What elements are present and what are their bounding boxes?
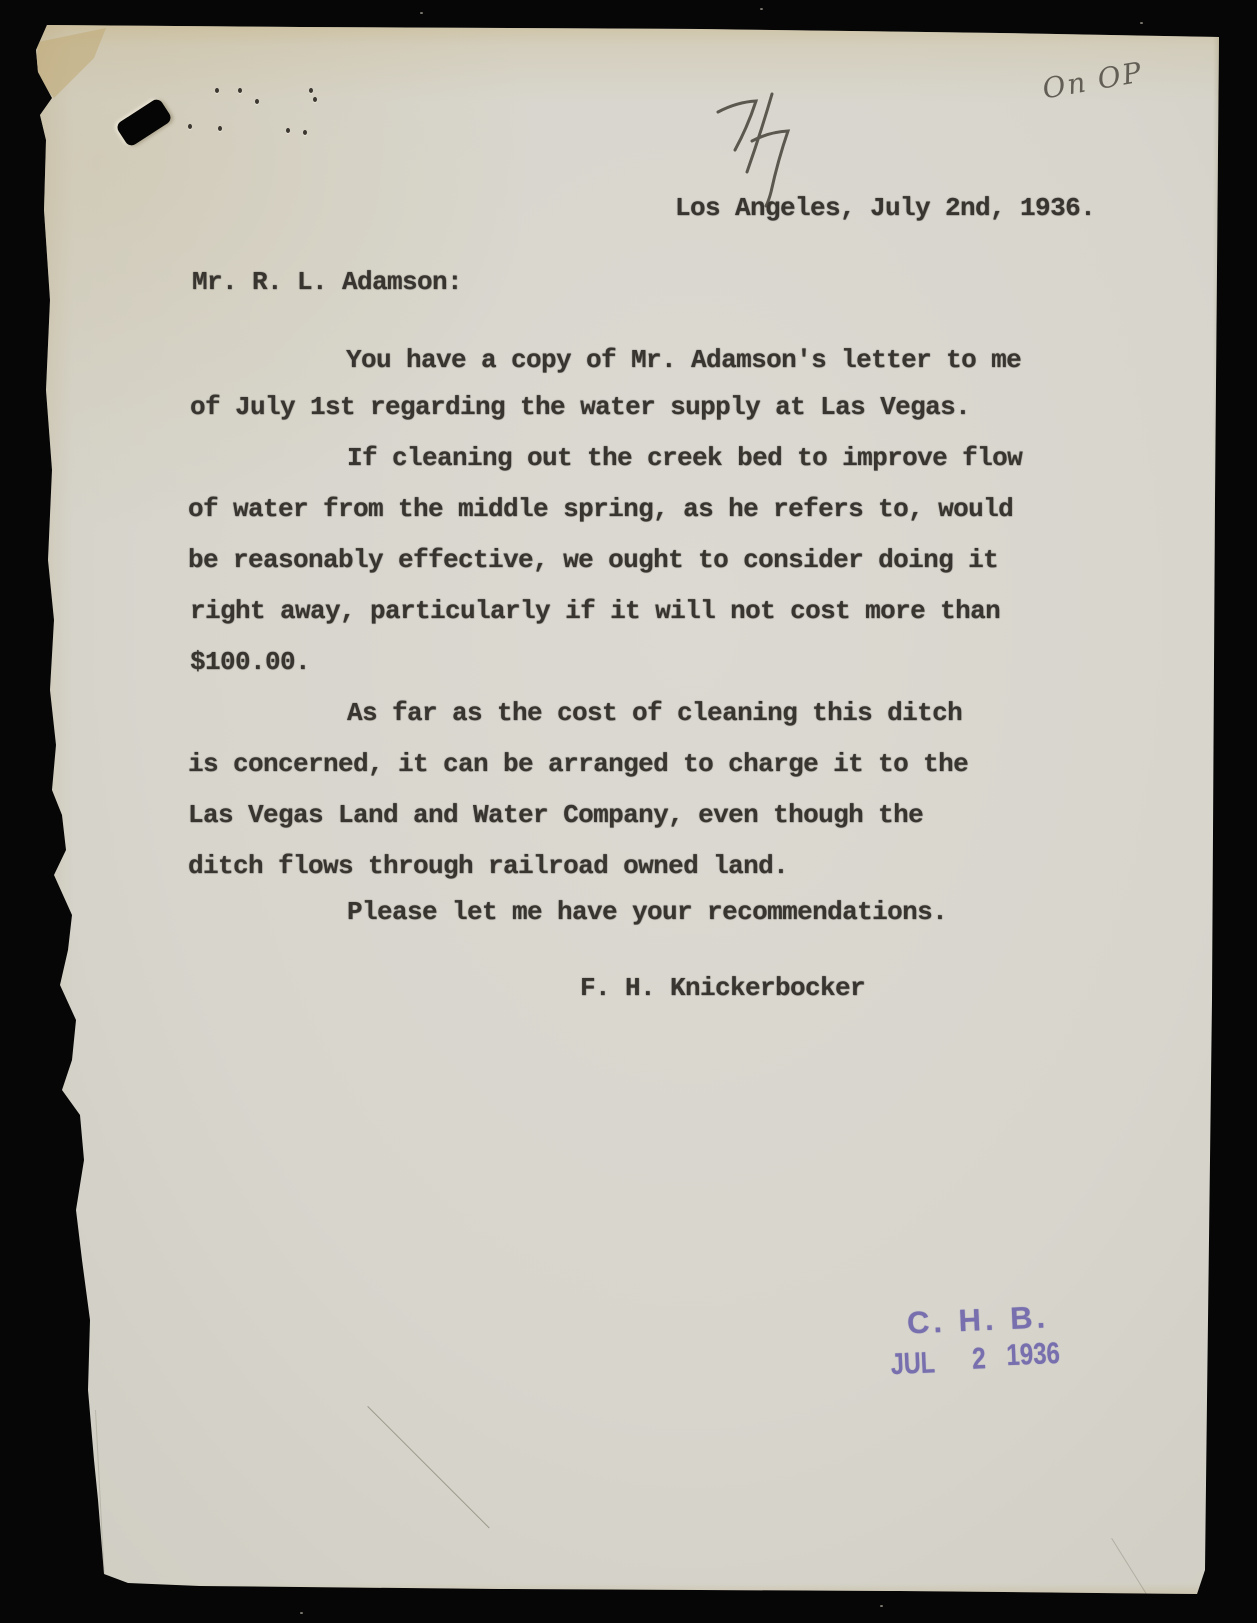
stamp-month: JUL: [890, 1346, 936, 1382]
body-line: Please let me have your recommendations.: [347, 897, 947, 927]
dateline: Los Angeles, July 2nd, 1936.: [675, 193, 1095, 223]
paper-bottom-edge-tint: [0, 1583, 1257, 1599]
dust-speck: [1140, 22, 1143, 24]
pin-hole: [309, 88, 313, 93]
stamp-initials: C. H. B.: [906, 1299, 1050, 1341]
paper-left-torn-edge-tint: [0, 0, 86, 1623]
scanned-letter-scene: Los Angeles, July 2nd, 1936. Mr. R. L. A…: [0, 0, 1257, 1623]
pin-hole: [313, 97, 317, 102]
signature: F. H. Knickerbocker: [580, 973, 865, 1003]
pin-hole: [238, 88, 242, 93]
punched-hole: [115, 97, 173, 148]
dust-speck: [300, 1612, 303, 1614]
body-line: As far as the cost of cleaning this ditc…: [347, 698, 962, 728]
paper-right-edge-shadow: [1213, 0, 1221, 1623]
dust-speck: [880, 1605, 883, 1607]
salutation: Mr. R. L. Adamson:: [192, 267, 462, 297]
pin-hole: [303, 130, 307, 135]
body-line: be reasonably effective, we ought to con…: [188, 545, 998, 575]
body-line: ditch flows through railroad owned land.: [188, 851, 788, 881]
body-line: of water from the middle spring, as he r…: [188, 494, 1013, 524]
letter-page: Los Angeles, July 2nd, 1936. Mr. R. L. A…: [0, 0, 1257, 1623]
pin-hole: [218, 126, 222, 131]
pin-hole: [286, 128, 290, 133]
paper-crease: [95, 1410, 105, 1580]
pin-hole: [255, 99, 259, 104]
dust-speck: [760, 8, 763, 10]
stamp-day: 2: [971, 1342, 986, 1377]
body-line: is concerned, it can be arranged to char…: [188, 749, 968, 779]
body-line: If cleaning out the creek bed to improve…: [347, 443, 1022, 473]
dust-speck: [420, 12, 423, 14]
pin-hole: [188, 124, 192, 129]
paper-scratch: [367, 1406, 489, 1528]
body-line: You have a copy of Mr. Adamson's letter …: [346, 345, 1021, 375]
body-line: of July 1st regarding the water supply a…: [190, 392, 970, 422]
body-line: $100.00.: [190, 647, 310, 677]
stamp-year: 1936: [1006, 1337, 1061, 1373]
received-stamp: C. H. B. JUL 2 1936: [876, 1297, 1099, 1392]
pin-hole: [215, 88, 219, 93]
body-line: right away, particularly if it will not …: [190, 596, 1000, 626]
body-line: Las Vegas Land and Water Company, even t…: [188, 800, 923, 830]
